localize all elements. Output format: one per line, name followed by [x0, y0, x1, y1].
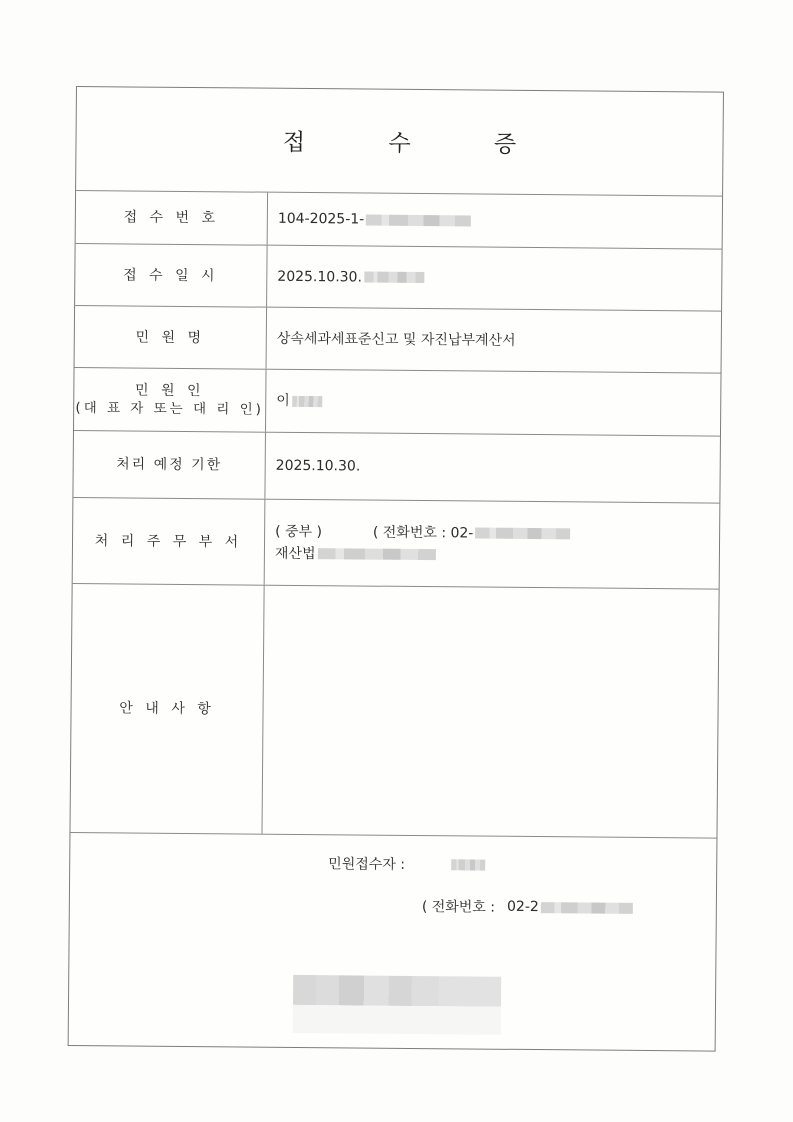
redacted-department-name — [317, 548, 435, 560]
receipt-datetime-value: 2025.10.30. — [267, 246, 722, 311]
redacted-receipt-time — [364, 272, 424, 284]
redacted-receiver-phone — [541, 902, 633, 914]
petition-name-label: 민 원 명 — [75, 306, 268, 369]
row-processing-deadline: 처리 예정 기한 2025.10.30. — [73, 431, 720, 504]
processing-deadline-label: 처리 예정 기한 — [73, 431, 266, 499]
receiver-label: 민원접수자 : — [328, 853, 405, 874]
receipt-number-value: 104-2025-1- — [268, 193, 722, 249]
receiver-phone-line: ( 전화번호 : 02-2 — [422, 896, 633, 918]
redacted-receipt-number — [366, 214, 471, 226]
receiver-phone-value: 02-2 — [507, 899, 539, 915]
row-receipt-datetime: 접 수 일 시 2025.10.30. — [75, 244, 722, 312]
document-title: 접 수 증 — [245, 123, 555, 159]
department-office: ( 중부 ) — [275, 523, 322, 539]
notice-value — [262, 586, 718, 838]
notice-label: 안 내 사 항 — [70, 584, 264, 834]
redacted-receiver-name — [451, 859, 485, 870]
petitioner-label: 민 원 인 (대 표 자 또는 대 리 인) — [74, 368, 267, 432]
row-notice: 안 내 사 항 — [70, 584, 718, 839]
redacted-department-phone — [475, 528, 570, 540]
petition-name-value: 상속세과세표준신고 및 자진납부계산서 — [267, 308, 722, 373]
receipt-datetime-label: 접 수 일 시 — [75, 244, 268, 307]
title-row: 접 수 증 — [76, 87, 723, 197]
petitioner-value: 이 — [266, 370, 721, 436]
processing-deadline-value: 2025.10.30. — [265, 433, 720, 503]
redacted-seal — [293, 975, 501, 1035]
row-responsible-department: 처 리 주 무 부 서 ( 중부 ) ( 전화번호 : 02- 재산법 — [73, 498, 720, 590]
receipt-number-label: 접 수 번 호 — [76, 191, 268, 245]
redacted-petitioner-name — [292, 395, 322, 406]
receiver-line: 민원접수자 : — [328, 853, 485, 874]
receiver-phone-label: ( 전화번호 : — [422, 896, 495, 917]
footer-section: 민원접수자 : ( 전화번호 : 02-2 — [69, 833, 717, 1053]
receipt-document: 접 수 증 접 수 번 호 104-2025-1- 접 수 일 시 2025.1… — [68, 86, 724, 1052]
responsible-department-label: 처 리 주 무 부 서 — [73, 498, 266, 585]
row-receipt-number: 접 수 번 호 104-2025-1- — [76, 191, 722, 250]
row-petitioner: 민 원 인 (대 표 자 또는 대 리 인) 이 — [74, 368, 721, 437]
responsible-department-value: ( 중부 ) ( 전화번호 : 02- 재산법 — [265, 500, 720, 589]
department-name: 재산법 — [275, 545, 316, 561]
row-petition-name: 민 원 명 상속세과세표준신고 및 자진납부계산서 — [75, 306, 722, 374]
department-phone-label: ( 전화번호 : 02- — [373, 524, 474, 541]
